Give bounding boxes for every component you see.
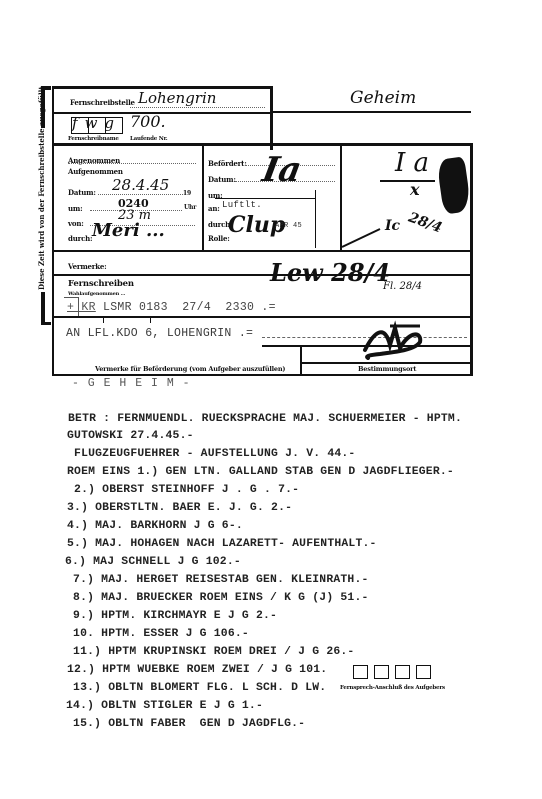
- forwarded-role-label: Rolle:: [208, 234, 230, 243]
- body-line: BETR : FERNMUENDL. RUECKSPRACHE MAJ. SCH…: [68, 413, 462, 425]
- left-bracket-bottom-cap: [41, 322, 51, 325]
- routing-mark-3: 28/4: [406, 210, 444, 237]
- station-value: Lohengrin: [138, 89, 216, 107]
- body-line: 5.) MAJ. HOHAGEN NACH LAZARETT- AUFENTHA…: [67, 538, 377, 550]
- routing-stroke: [340, 225, 390, 250]
- serial-label: Laufende Nr.: [130, 136, 168, 142]
- phone-cell: [416, 665, 431, 679]
- body-line: 2.) OBERST STEINHOFF J . G . 7.-: [67, 484, 299, 496]
- destination-label: Bestimmungsort: [358, 365, 416, 373]
- received-from-label: von:: [68, 219, 84, 228]
- frame-right: [470, 143, 473, 376]
- remarks-bottom: [52, 274, 472, 276]
- handwritten-initials: Lew 28/4: [270, 258, 390, 287]
- left-bracket-bottom: [41, 292, 45, 324]
- body-line: GUTOWSKI 27.4.45.-: [67, 430, 194, 442]
- forwarded-stamp: APR 45: [275, 222, 302, 230]
- body-line: 11.) HPTM KRUPINSKI ROEM DREI / J G 26.-: [66, 646, 354, 658]
- remarks-top: [52, 250, 472, 252]
- body-line: 10. HPTM. ESSER J G 106.-: [66, 628, 249, 640]
- vertical-note: Diese Zeit wird von der Fernschreibstell…: [37, 86, 46, 290]
- code-value: fwg: [72, 114, 121, 132]
- body-line: 15.) OBLTN FABER GEN D JAGDFLG.-: [66, 718, 305, 730]
- routing-mark-2: x: [410, 180, 420, 199]
- body-line: 12.) HPTM WUEBKE ROEM ZWEI / J G 101.: [67, 664, 327, 676]
- remarks-label: Vermerke:: [68, 262, 107, 271]
- col-divider-1: [202, 143, 204, 250]
- forwarded-to-label: an:: [208, 204, 220, 213]
- received-date-value: 28.4.45: [112, 176, 169, 194]
- handwritten-note: Fl. 28/4: [383, 281, 422, 292]
- delivery-label: Vermerke für Beförderung (vom Aufgeber a…: [95, 365, 285, 373]
- phone-cell: [374, 665, 389, 679]
- body-line: 8.) MAJ. BRUECKER ROEM EINS / K G (J) 51…: [66, 592, 369, 604]
- frame-left: [52, 86, 54, 376]
- body-line: FLUGZEUGFUEHRER - AUFSTELLUNG J. V. 44.-: [67, 448, 355, 460]
- forwarded-to-value: Luftlt.: [222, 200, 262, 210]
- main-table-top: [52, 143, 472, 146]
- signature-scribble: [360, 320, 430, 360]
- body-line: 13.) OBLTN BLOMERT FLG. L SCH. D LW.: [66, 682, 326, 694]
- body-line: 4.) MAJ. BARKHORN J G 6-.: [67, 520, 243, 532]
- forwarded-label: Befördert:: [208, 159, 247, 168]
- phone-box-label: Fernsprech-Anschluß des Aufgebers: [340, 685, 445, 691]
- teletype-header-prefix: + KR: [67, 301, 96, 314]
- ink-blot: [436, 156, 471, 214]
- phone-cell: [395, 665, 410, 679]
- body-line: 9.) HPTM. KIRCHMAYR E J G 2.-: [66, 610, 277, 622]
- forwarded-scrawl: Ia: [259, 150, 304, 190]
- received-by-label: durch:: [68, 234, 92, 243]
- body-line: ROEM EINS 1.) GEN LTN. GALLAND STAB GEN …: [67, 466, 454, 478]
- code-label: Fernschreibname: [68, 136, 119, 142]
- received-time-label: um:: [68, 204, 82, 213]
- routing-mark-1: I a: [395, 148, 429, 178]
- body-line: 3.) OBERSTLTN. BAER E. J. G. 2.-: [67, 502, 292, 514]
- body-line: 6.) MAJ SCHNELL J G 102.-: [65, 556, 241, 568]
- body-line: 7.) MAJ. HERGET REISESTAB GEN. KLEINRATH…: [66, 574, 369, 586]
- forwarded-date-label: Datum:: [208, 175, 236, 184]
- received-date-label: Datum:: [68, 188, 96, 197]
- received-by-value: Meri ...: [92, 220, 165, 241]
- classification-header: Geheim: [350, 88, 416, 108]
- frame-bottom: [52, 374, 472, 376]
- teletype-header: LSMR 0183 27/4 2330 .=: [103, 301, 276, 314]
- serial-value: 700.: [130, 112, 166, 131]
- received-label-2: Aufgenommen: [68, 167, 123, 176]
- classification-underline: [273, 111, 471, 113]
- teletype-bottom: [52, 316, 472, 318]
- phone-cell: [353, 665, 368, 679]
- destination-divider: [300, 345, 302, 376]
- body-heading: - G E H E I M -: [72, 377, 191, 390]
- received-time-suffix: Uhr: [184, 204, 196, 211]
- station-label: Fernschreibstelle: [70, 98, 135, 107]
- addressee: AN LFL.KDO 6, LOHENGRIN .=: [66, 327, 253, 340]
- teletype-label: Fernschreiben: [68, 279, 134, 289]
- body-line: 14.) OBLTN STIGLER E J G 1.-: [66, 700, 263, 712]
- station-box-right: [270, 86, 273, 150]
- received-date-suffix: 19: [183, 190, 191, 197]
